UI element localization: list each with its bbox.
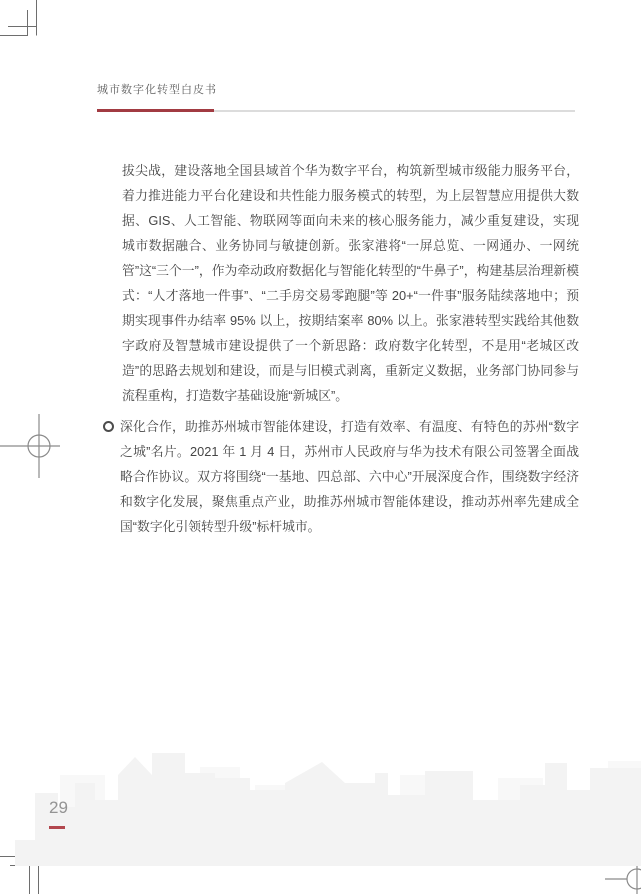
header-rule-accent bbox=[97, 109, 214, 112]
header-rule bbox=[214, 110, 575, 112]
page-number: 29 bbox=[49, 798, 68, 818]
body-paragraph: 拔尖战，建设落地全国县域首个华为数字平台，构筑新型城市级能力服务平台，着力推进能… bbox=[122, 158, 579, 408]
bullet-item-text: 深化合作，助推苏州城市智能体建设，打造有效率、有温度、有特色的苏州“数字之城”名… bbox=[120, 414, 579, 539]
document-header-title: 城市数字化转型白皮书 bbox=[97, 81, 217, 97]
crop-mark-top-left-icon bbox=[0, 0, 45, 45]
whitepaper-page: 城市数字化转型白皮书 拔尖战，建设落地全国县域首个华为数字平台，构筑新型城市级能… bbox=[0, 0, 641, 894]
bullet-circle-icon bbox=[103, 421, 114, 432]
page-number-underline bbox=[49, 826, 65, 829]
bullet-list-item: 深化合作，助推苏州城市智能体建设，打造有效率、有温度、有特色的苏州“数字之城”名… bbox=[103, 414, 579, 539]
city-skyline-watermark bbox=[0, 745, 641, 866]
registration-crosshair-left-icon bbox=[0, 410, 70, 485]
